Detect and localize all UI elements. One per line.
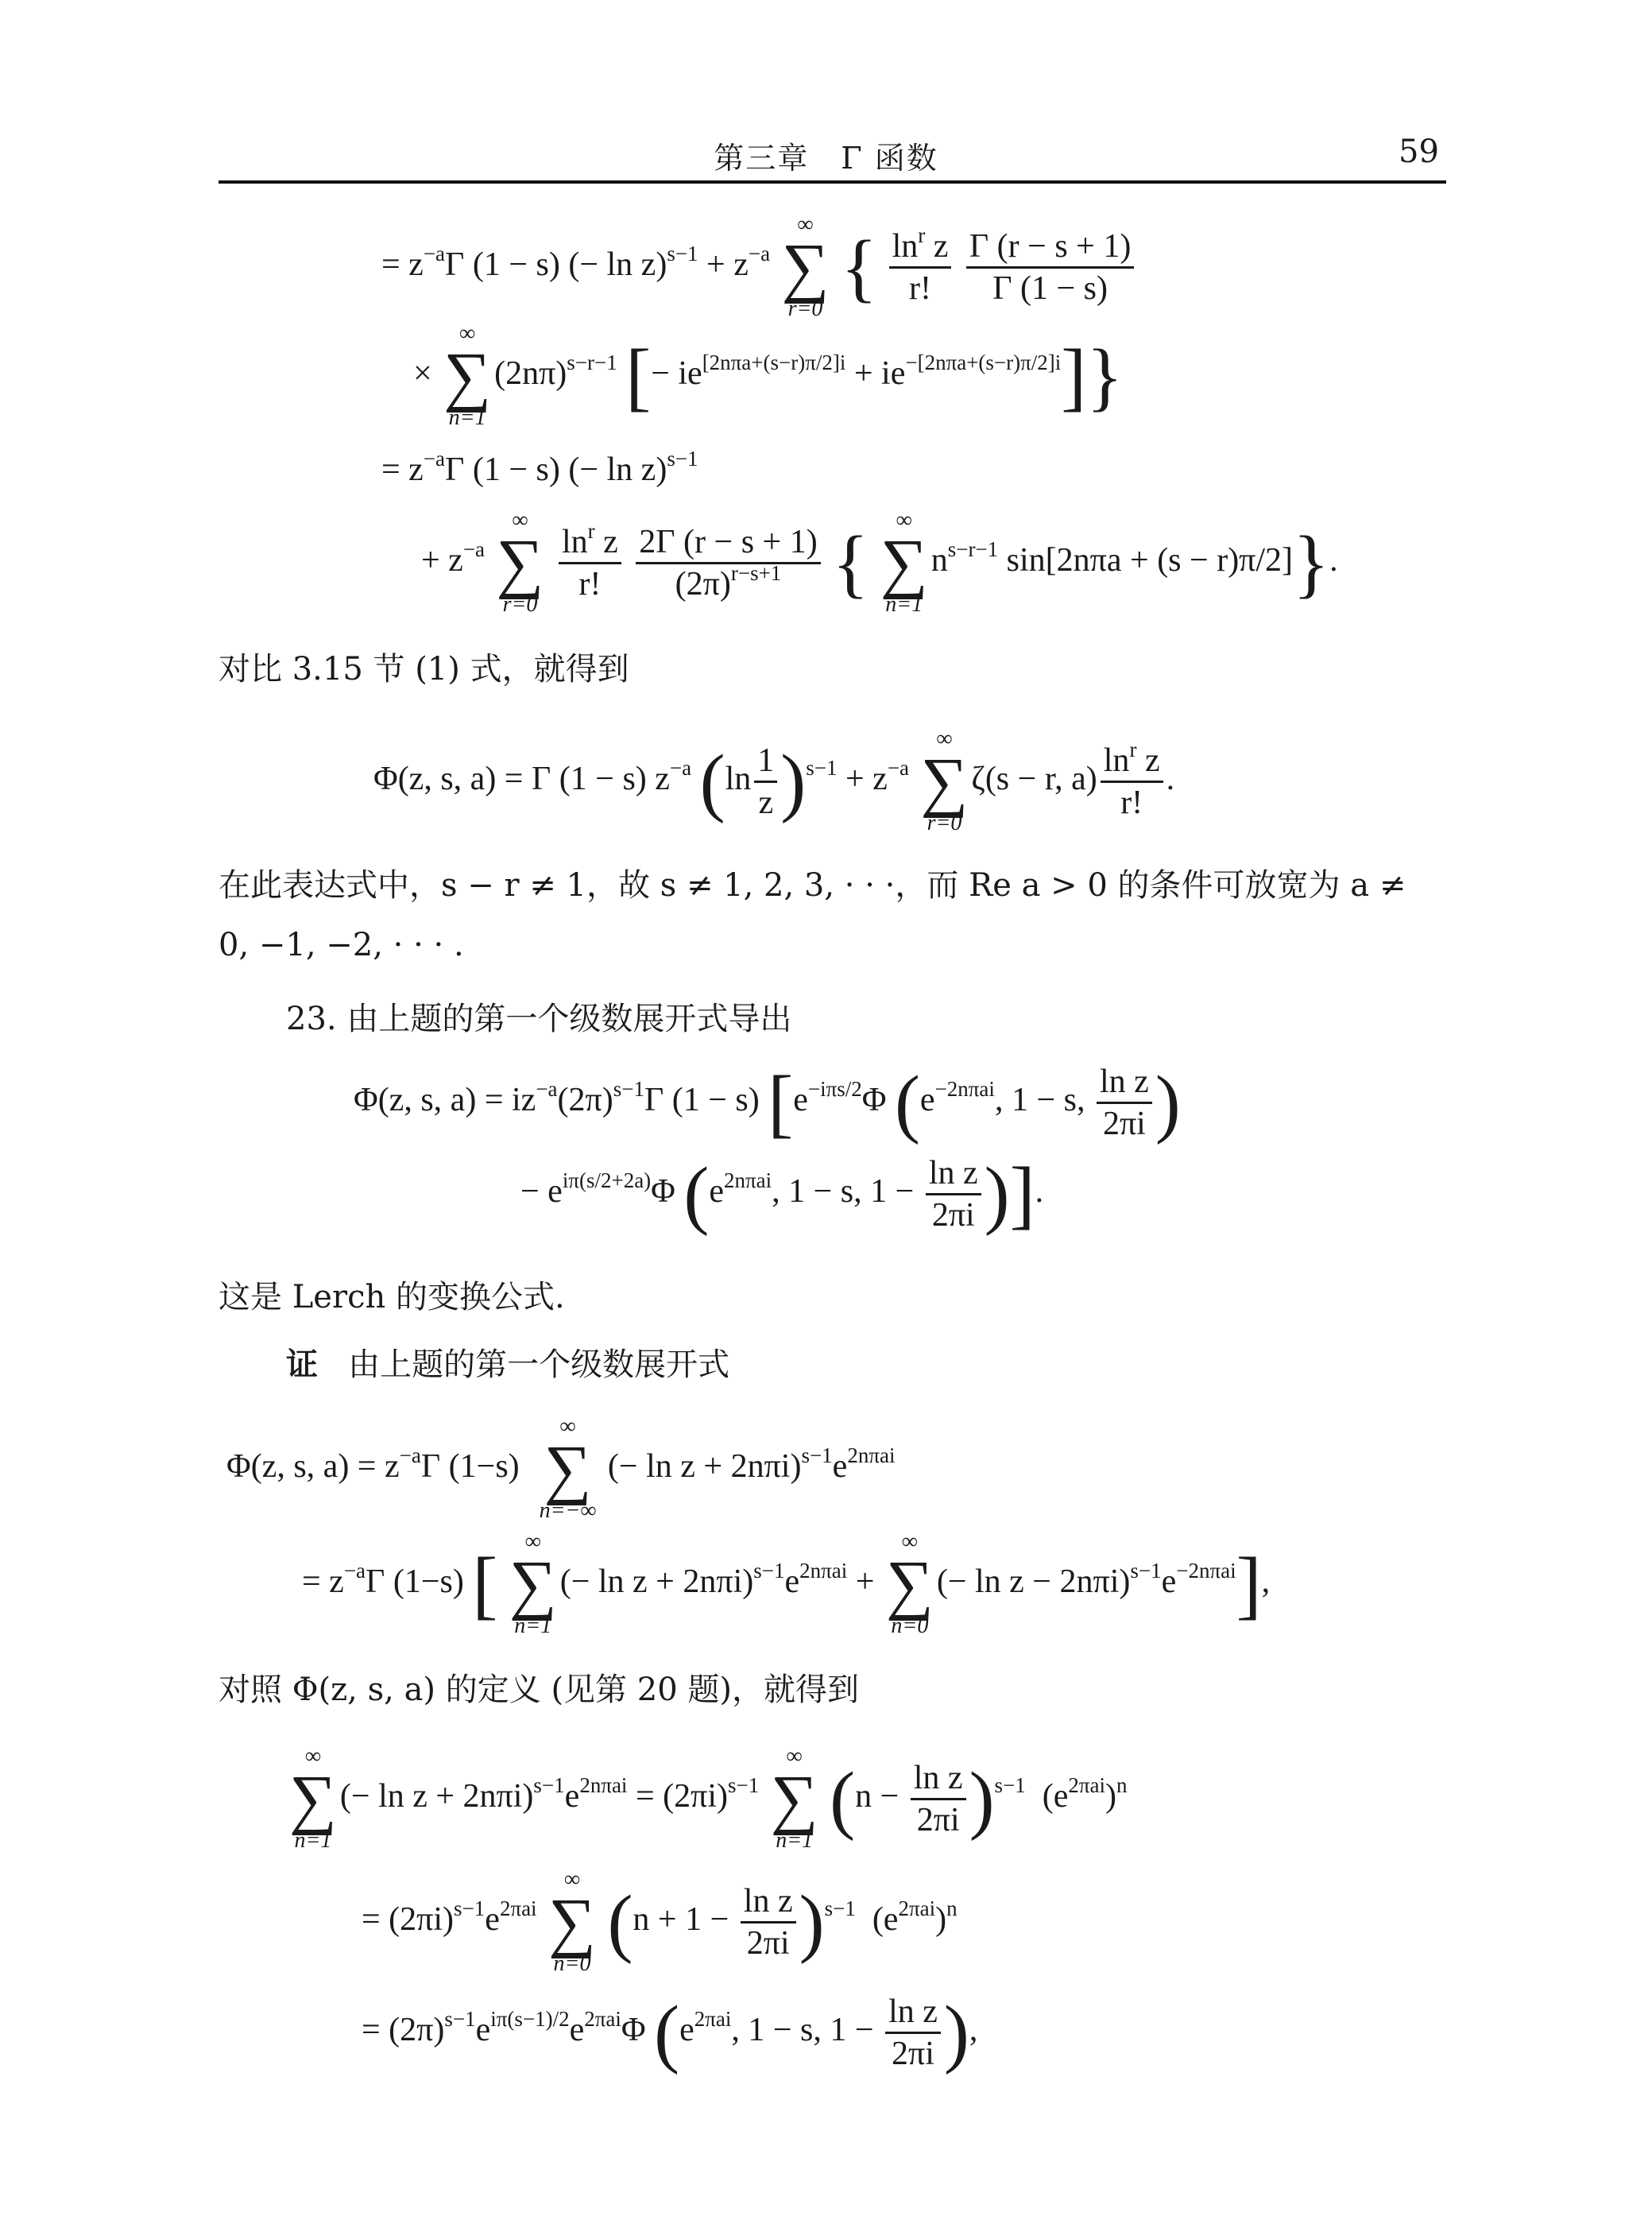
sigma-icon: ∑	[921, 752, 969, 812]
right-paren: )	[799, 1880, 825, 1965]
sigma-icon: ∑	[289, 1769, 337, 1830]
sigma-icon: ∑	[509, 1555, 557, 1615]
sigma-icon: ∑	[771, 1769, 818, 1830]
math-text: Φ(z, s, a) = Γ (1 − s) z	[373, 761, 670, 797]
paragraph-compare: 对比 3.15 节 (1) 式，就得到	[219, 650, 629, 688]
sigma-icon: ∑	[548, 1893, 596, 1953]
equation-1-line-2: × ∞∑n=1(2nπ)s−r−1 [− ie[2nπa+(s−r)π/2]i …	[413, 322, 1123, 431]
summation: ∞∑n=1	[509, 1530, 557, 1639]
right-bracket: ]	[1236, 1542, 1262, 1627]
math-text: sin[2nπa + (s − r)π/2]	[998, 542, 1293, 579]
right-bracket: ]	[1010, 1152, 1035, 1237]
math-text: Γ (1 − s) (− ln z)	[445, 246, 667, 283]
left-paren: (	[895, 1060, 920, 1145]
right-paren: )	[1155, 1060, 1181, 1145]
equation-1-line-4: + z−a ∞∑r=0 lnr zr! 2Γ (r − s + 1)(2π)r−…	[421, 509, 1338, 618]
left-paren: (	[683, 1152, 709, 1237]
math-text: − ie	[651, 355, 702, 392]
left-paren: (	[654, 1990, 679, 2075]
superscript: −a	[424, 242, 445, 265]
equation-5-line-1: ∞∑n=1(− ln z + 2nπi)s−1e2nπai = (2πi)s−1…	[286, 1745, 1128, 1854]
proof-text: 由上题的第一个级数展开式	[348, 1346, 729, 1383]
math-text: = z	[302, 1563, 344, 1600]
left-bracket: [	[472, 1542, 497, 1627]
math-text: + z	[421, 542, 463, 579]
math-text: n	[931, 542, 948, 579]
math-text: Φ(z, s, a)	[354, 1082, 476, 1118]
math-text: − e	[520, 1173, 563, 1210]
superscript: s−1	[667, 242, 698, 265]
math-text: ζ(s − r, a)	[971, 761, 1097, 797]
sigma-icon: ∑	[886, 1555, 934, 1615]
left-paren: (	[700, 739, 725, 824]
summation: ∞∑r=0	[497, 509, 544, 618]
equation-3-line-2: − eiπ(s/2+2a)Φ (e2nπai, 1 − s, 1 − ln z2…	[520, 1156, 1043, 1232]
summation: ∞∑n=−∞	[540, 1415, 597, 1524]
paragraph-lerch: 这是 Lerch 的变换公式.	[219, 1278, 565, 1316]
right-brace: }	[1293, 521, 1329, 606]
equation-2: Φ(z, s, a) = Γ (1 − s) z−a (ln1z)s−1 + z…	[373, 727, 1174, 836]
equation-4-line-2: = z−aΓ (1−s) [ ∞∑n=1(− ln z + 2nπi)s−1e2…	[302, 1530, 1270, 1639]
fraction: ln z2πi	[926, 1156, 981, 1232]
left-bracket: [	[768, 1060, 793, 1145]
right-paren: )	[985, 1152, 1010, 1237]
summation: ∞∑r=0	[921, 727, 969, 836]
fraction: ln z2πi	[1097, 1065, 1152, 1141]
sigma-icon: ∑	[782, 238, 830, 298]
paragraph-condition-line-1: 在此表达式中，s − r ≠ 1，故 s ≠ 1, 2, 3, · · ·，而 …	[219, 866, 1406, 905]
fraction: ln z2πi	[911, 1761, 966, 1837]
proof-line: 证 由上题的第一个级数展开式	[286, 1346, 729, 1384]
equation-3-line-1: Φ(z, s, a) = iz−a(2π)s−1Γ (1 − s) [e−iπs…	[354, 1065, 1181, 1141]
summation: ∞∑n=0	[886, 1530, 934, 1639]
summation: ∞∑n=1	[880, 509, 928, 618]
fraction: ln z2πi	[741, 1885, 796, 1960]
math-text: = (2π)	[362, 2012, 444, 2048]
left-paren: (	[607, 1880, 633, 1965]
left-bracket: [	[625, 334, 651, 419]
fraction: ln z2πi	[885, 1995, 941, 2071]
equation-4-line-1: Φ(z, s, a) = z−aΓ (1−s) ∞∑n=−∞ (− ln z +…	[226, 1415, 895, 1524]
page-number: 59	[1399, 134, 1439, 170]
right-bracket: ]	[1061, 334, 1086, 419]
math-text: + ie	[845, 355, 905, 392]
math-text: = z	[381, 451, 424, 488]
sigma-icon: ∑	[443, 347, 491, 407]
paragraph-definition: 对照 Φ(z, s, a) 的定义 (见第 20 题)，就得到	[219, 1671, 859, 1709]
fraction: Γ (r − s + 1)Γ (1 − s)	[966, 230, 1134, 305]
math-text: = z	[381, 246, 424, 283]
left-paren: (	[830, 1757, 855, 1842]
left-brace: {	[841, 225, 877, 310]
fraction: 1z	[754, 744, 777, 819]
math-text: + z	[698, 246, 749, 283]
math-text: + z	[837, 761, 887, 797]
right-paren: )	[969, 1757, 995, 1842]
paragraph-condition-line-2: 0, −1, −2, · · · .	[219, 926, 464, 964]
math-text: Φ(z, s, a) = z	[226, 1448, 400, 1485]
right-brace: }	[1086, 334, 1123, 419]
equation-1-line-1: = z−aΓ (1 − s) (− ln z)s−1 + z−a ∞∑r=0 {…	[381, 213, 1137, 322]
math-text: ×	[413, 355, 432, 392]
sigma-icon: ∑	[544, 1439, 592, 1500]
left-brace: {	[832, 521, 869, 606]
sigma-icon: ∑	[497, 533, 544, 594]
math-text: = (2πi)	[362, 1901, 454, 1938]
summation: ∞∑n=1	[443, 322, 491, 431]
summation: ∞∑n=1	[771, 1745, 818, 1854]
equation-5-line-3: = (2π)s−1eiπ(s−1)/2e2πaiΦ (e2πai, 1 − s,…	[362, 1995, 977, 2071]
superscript: −a	[749, 242, 770, 265]
fraction: lnr zr!	[889, 230, 952, 305]
fraction: lnr zr!	[559, 525, 621, 601]
header-rule	[219, 180, 1446, 184]
right-paren: )	[780, 739, 806, 824]
equation-1-line-3: = z−aΓ (1 − s) (− ln z)s−1	[381, 453, 698, 486]
problem-23-statement: 23. 由上题的第一个级数展开式导出	[286, 1000, 791, 1038]
fraction: lnr zr!	[1101, 744, 1163, 819]
math-text: Γ (1 − s) (− ln z)	[445, 451, 667, 488]
summation: ∞∑n=1	[289, 1745, 337, 1854]
right-paren: )	[944, 1990, 969, 2075]
equation-5-line-2: = (2πi)s−1e2πai ∞∑n=0 (n + 1 − ln z2πi)s…	[362, 1868, 958, 1977]
math-text: = iz	[476, 1082, 536, 1118]
sigma-icon: ∑	[880, 533, 928, 594]
summation: ∞∑r=0	[782, 213, 830, 322]
proof-label: 证	[286, 1346, 318, 1383]
fraction: 2Γ (r − s + 1)(2π)r−s+1	[636, 525, 820, 601]
math-text: (2nπ)	[494, 355, 567, 392]
summation: ∞∑n=0	[548, 1868, 596, 1977]
